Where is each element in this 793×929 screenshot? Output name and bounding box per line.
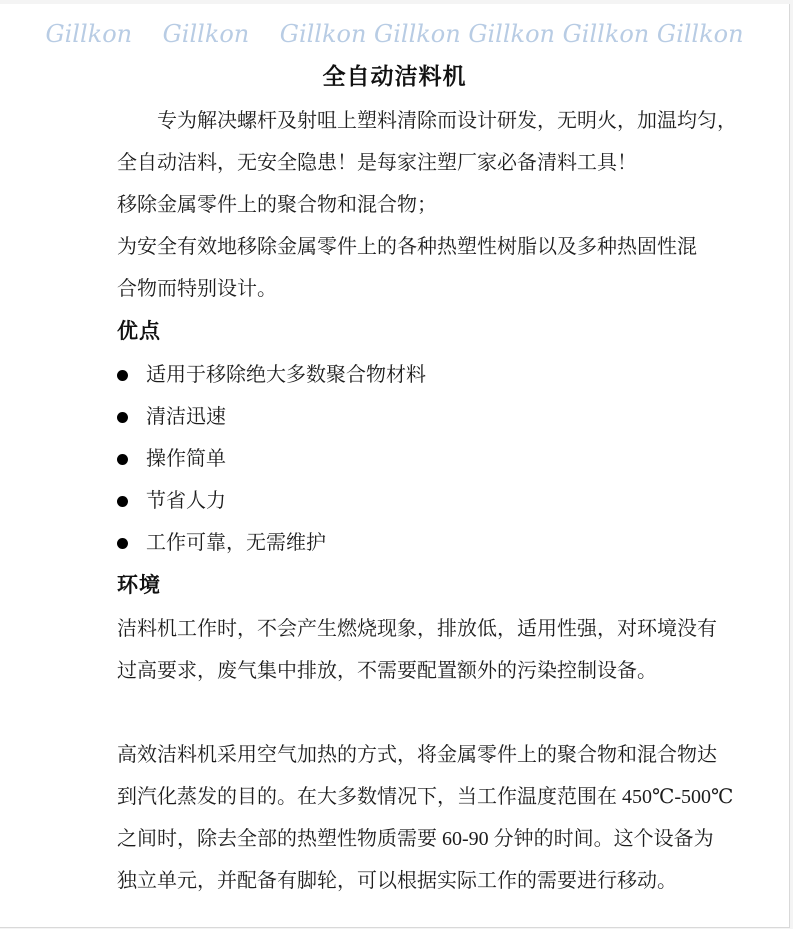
operation-line: 独立单元，并配备有脚轮，可以根据实际工作的需要进行移动。: [117, 860, 677, 902]
environment-line: 过高要求，废气集中排放，不需要配置额外的污染控制设备。: [117, 650, 677, 692]
list-item: 节省人力: [117, 480, 677, 522]
paragraph-spacer: [117, 692, 677, 734]
list-item: 适用于移除绝大多数聚合物材料: [117, 354, 677, 396]
operation-line: 到汽化蒸发的目的。在大多数情况下，当工作温度范围在 450℃-500℃: [117, 776, 677, 818]
list-item: 清洁迅速: [117, 396, 677, 438]
list-item-label: 节省人力: [146, 480, 226, 522]
list-item: 操作简单: [117, 438, 677, 480]
list-item-label: 适用于移除绝大多数聚合物材料: [146, 354, 426, 396]
list-item-label: 操作简单: [146, 438, 226, 480]
list-item-label: 工作可靠，无需维护: [146, 522, 326, 564]
document-page: Gillkon Gillkon Gillkon Gillkon Gillkon …: [0, 4, 790, 928]
section-heading-environment: 环境: [117, 564, 677, 608]
intro-line: 专为解决螺杆及射咀上塑料清除而设计研发，无明火，加温均匀，: [117, 100, 677, 142]
bullet-icon: [117, 454, 128, 465]
intro-line: 为安全有效地移除金属零件上的各种热塑性树脂以及多种热固性混: [117, 226, 677, 268]
bullet-icon: [117, 538, 128, 549]
operation-line: 高效洁料机采用空气加热的方式，将金属零件上的聚合物和混合物达: [117, 734, 677, 776]
watermark-text: Gillkon Gillkon Gillkon Gillkon Gillkon …: [0, 4, 789, 48]
operation-line: 之间时，除去全部的热塑性物质需要 60-90 分钟的时间。这个设备为: [117, 818, 677, 860]
bullet-icon: [117, 412, 128, 423]
document-body: 专为解决螺杆及射咀上塑料清除而设计研发，无明火，加温均匀， 全自动洁料，无安全隐…: [0, 100, 789, 902]
environment-line: 洁料机工作时，不会产生燃烧现象，排放低，适用性强，对环境没有: [117, 608, 677, 650]
intro-line: 移除金属零件上的聚合物和混合物；: [117, 184, 677, 226]
bullet-icon: [117, 496, 128, 507]
intro-line: 全自动洁料，无安全隐患！是每家注塑厂家必备清料工具！: [117, 142, 677, 184]
intro-line: 合物而特别设计。: [117, 268, 677, 310]
list-item-label: 清洁迅速: [146, 396, 226, 438]
list-item: 工作可靠，无需维护: [117, 522, 677, 564]
bullet-icon: [117, 370, 128, 381]
page-title: 全自动洁料机: [0, 60, 789, 92]
section-heading-advantages: 优点: [117, 310, 677, 354]
